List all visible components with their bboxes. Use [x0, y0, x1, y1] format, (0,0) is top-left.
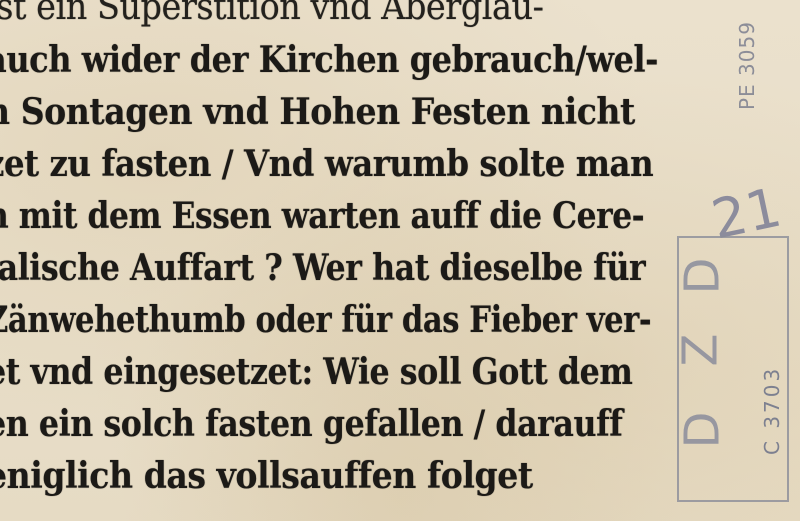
text-line-2: auch wider der Kirchen gebrauch/wel-: [0, 38, 658, 82]
text-line-5: h mit dem Essen warten auff die Cere-: [0, 194, 644, 238]
text-line-4: zet zu fasten / Vnd warumb solte man: [0, 142, 653, 186]
text-line-3: n Sontagen vnd Hohen Festen nicht: [0, 90, 635, 134]
text-line-10: eniglich das vollsauffen folget: [0, 454, 533, 498]
text-line-9: en ein solch fasten gefallen / darauff: [0, 402, 622, 446]
text-line-8: et vnd eingesetzet: Wie soll Gott dem: [0, 350, 632, 394]
text-line-6: ialische Auffart ? Wer hat dieselbe für: [0, 246, 645, 290]
text-line-1: ist ein Superstition vnd Aberglau-: [0, 0, 543, 30]
text-line-7: Zänwehethumb oder für das Fieber ver-: [0, 298, 651, 342]
